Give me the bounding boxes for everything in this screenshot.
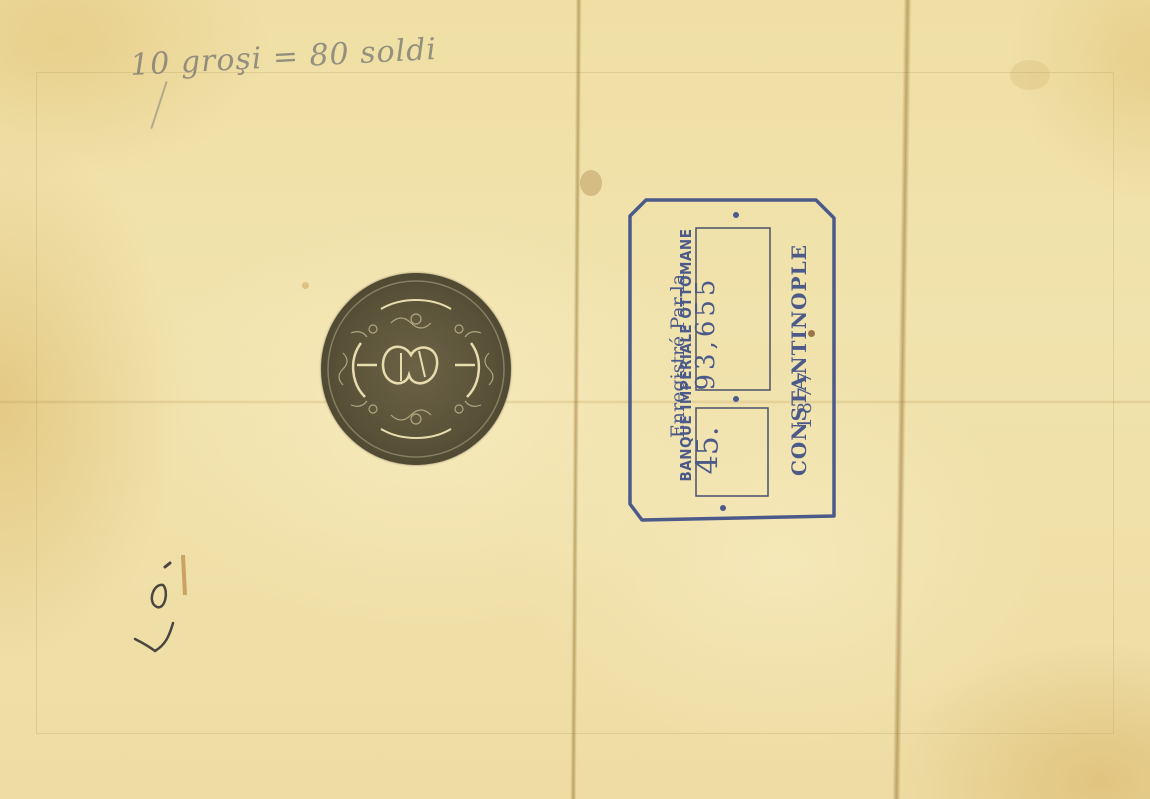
banknote-reverse: 10 groşi = 80 soldi	[0, 0, 1150, 799]
serial-number: 93,655	[691, 248, 721, 418]
fold-stain	[580, 170, 602, 196]
rust-stain	[302, 282, 309, 289]
tughra-seal-icon	[321, 273, 511, 465]
foxing-stain	[1010, 60, 1050, 90]
margin-pencil-mark	[125, 555, 195, 665]
stamp-year: 1877	[794, 344, 816, 454]
registration-stamp: Enregistré Par la BANQUE IMPÉRIALE OTTOM…	[628, 198, 836, 523]
series-number: 45.	[691, 423, 726, 479]
